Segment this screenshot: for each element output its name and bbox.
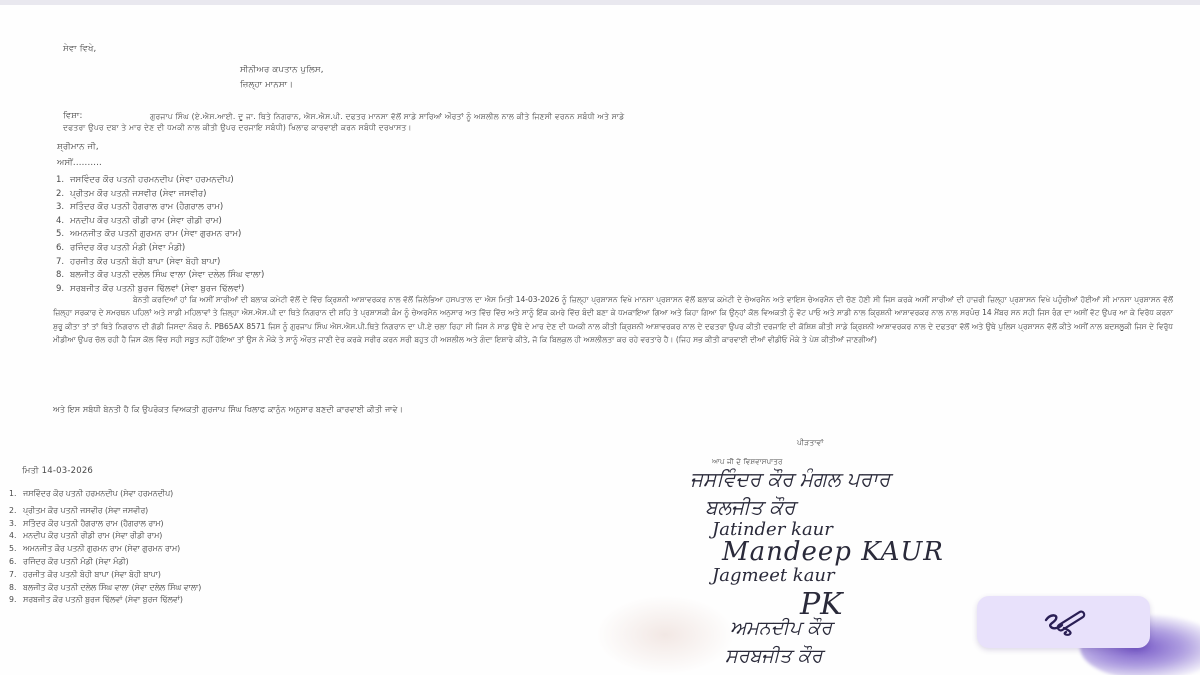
list-item: 5.ਅਮਨਜੀਤ ਕੌਰ ਪਤਨੀ ਗੁਰਮਨ ਰਾਮ (ਸੇਵਾ ਗੁਰਮਨ … (56, 228, 264, 242)
subject-label: ਵਿਸ਼ਾ: (63, 111, 83, 122)
signature-7: ਅਮਨਦੀਪ ਕੌਰ (730, 617, 832, 639)
list-item: 3.ਸਤਿੰਦਰ ਕੌਰ ਪਤਨੀ ਹੈਗਰਾਲ ਰਾਮ (ਹੈਗਰਾਲ ਰਾਮ… (56, 201, 264, 215)
list-item: 4.ਮਨਦੀਪ ਕੌਰ ਪਤਨੀ ਰੀਡੀ ਰਾਮ (ਸੇਵਾ ਰੀਡੀ ਰਾਮ… (9, 530, 201, 543)
list-item: 2.ਪ੍ਰੀਤਮ ਕੌਰ ਪਤਨੀ ਜਸਵੀਰ (ਸੇਵਾ ਜਸਵੀਰ) (9, 505, 201, 518)
list-item: 9.ਸਰਬਜੀਤ ਕੌਰ ਪਤਨੀ ਬੁਰਜ ਢਿੱਲਵਾਂ (ਸੇਵਾ ਬੁਰ… (9, 594, 201, 607)
signature-pen-icon (1042, 607, 1086, 637)
list-item: 5.ਅਮਨਜੀਤ ਕੌਰ ਪਤਨੀ ਗੁਰਮਨ ਰਾਮ (ਸੇਵਾ ਗੁਰਮਨ … (9, 543, 201, 556)
body-paragraph: ਬੇਨਤੀ ਕਰਦਿਆਂ ਹਾਂ ਕਿ ਅਸੀਂ ਸਾਰੀਆਂ ਦੀ ਬਲਾਕ … (53, 293, 1173, 346)
greeting: ਸ਼੍ਰੀਮਾਨ ਜੀ, (57, 142, 99, 153)
smudge-mark (595, 595, 735, 675)
signature-2: ਬਲਜੀਤ ਕੌਰ (705, 495, 795, 519)
list-item: 8.ਬਲਜੀਤ ਕੌਰ ਪਤਨੀ ਦਲੇਲ ਸਿੰਘ ਵਾਲਾ (ਸੇਵਾ ਦਲ… (56, 269, 264, 283)
from-label: ਅਸੀਂ.......... (57, 158, 102, 169)
list-item: 6.ਰਜਿੰਦਰ ਕੌਰ ਪਤਨੀ ਮੰਡੀ (ਸੇਵਾ ਮੰਡੀ) (56, 242, 264, 256)
closing-label: ਪੀੜਤਾਵਾਂ (797, 437, 824, 448)
list-item: 2.ਪ੍ਰੀਤਮ ਕੌਰ ਪਤਨੀ ਜਸਵੀਰ (ਸੇਵਾ ਜਸਵੀਰ) (56, 188, 264, 202)
sign-document-button[interactable] (977, 596, 1150, 648)
signature-5: Jagmeet kaur (712, 565, 835, 586)
subject-line-2: ਦਫਤਰਾ ਉਪਰ ਦਬਾ ਤੇ ਮਾਰ ਦੇਣ ਦੀ ਧਮਕੀ ਨਾਲ ਕੀਤ… (63, 122, 412, 133)
recipient-line-1: ਸੀਨੀਅਰ ਕਪਤਾਨ ਪੁਲਿਸ, (240, 65, 324, 76)
list-item: 7.ਹਰਜੀਤ ਕੌਰ ਪਤਨੀ ਬੋਹੀ ਬਾਪਾ (ਸੇਵਾ ਬੋਹੀ ਬਾ… (9, 569, 201, 582)
list-item: 6.ਰਜਿੰਦਰ ਕੌਰ ਪਤਨੀ ਮੰਡੀ (ਸੇਵਾ ਮੰਡੀ) (9, 556, 201, 569)
request-line: ਅਤੇ ਇਸ ਸਬੰਧੀ ਬੇਨਤੀ ਹੈ ਕਿ ਉਪਰੋਕਤ ਵਿਅਕਤੀ ਗ… (53, 404, 403, 415)
list-item: 1.ਜਸਵਿੰਦਰ ਕੌਰ ਪਤਨੀ ਹਰਮਨਦੀਪ (ਸੇਵਾ ਹਰਮਨਦੀਪ… (56, 174, 264, 188)
list-item: 1.ਜਸਵਿੰਦਰ ਕੌਰ ਪਤਨੀ ਹਰਮਨਦੀਪ (ਸੇਵਾ ਹਰਮਨਦੀਪ… (9, 488, 201, 501)
complainant-list: 1.ਜਸਵਿੰਦਰ ਕੌਰ ਪਤਨੀ ਹਰਮਨਦੀਪ (ਸੇਵਾ ਹਰਮਨਦੀਪ… (56, 174, 264, 296)
subject-line-1: ਗੁਰਜਾਪ ਸਿੰਘ (ਏ.ਐਸ.ਆਈ. ਦੂ ਜਾ. ਥਿਤੇ ਨਿਗਰਾਨ… (150, 111, 624, 122)
date-label: ਮਿਤੀ 14-03-2026 (22, 466, 93, 477)
signatory-list: 1.ਜਸਵਿੰਦਰ ਕੌਰ ਪਤਨੀ ਹਰਮਨਦੀਪ (ਸੇਵਾ ਹਰਮਨਦੀਪ… (9, 488, 201, 607)
signature-1: ਜਸਵਿੰਦਰ ਕੌਰ ਮੰਗਲ ਪਰਾਰ (690, 467, 890, 491)
list-item: 4.ਮਨਦੀਪ ਕੌਰ ਪਤਨੀ ਰੀਡੀ ਰਾਮ (ਸੇਵਾ ਰੀਡੀ ਰਾਮ… (56, 215, 264, 229)
list-item: 3.ਸਤਿੰਦਰ ਕੌਰ ਪਤਨੀ ਹੈਗਰਾਲ ਰਾਮ (ਹੈਗਰਾਲ ਰਾਮ… (9, 518, 201, 531)
salutation-to: ਸੇਵਾ ਵਿਖੇ, (63, 44, 96, 55)
list-item: 7.ਹਰਜੀਤ ਕੌਰ ਪਤਨੀ ਬੋਹੀ ਬਾਪਾ (ਸੇਵਾ ਬੋਹੀ ਬਾ… (56, 256, 264, 270)
scanned-letter-page: ਸੇਵਾ ਵਿਖੇ, ਸੀਨੀਅਰ ਕਪਤਾਨ ਪੁਲਿਸ, ਜ਼ਿਲ੍ਹਾ ਮ… (0, 5, 1200, 675)
signature-8: ਸਰਬਜੀਤ ਕੌਰ (725, 645, 822, 667)
list-item: 8.ਬਲਜੀਤ ਕੌਰ ਪਤਨੀ ਦਲੇਲ ਸਿੰਘ ਵਾਲਾ (ਸੇਵਾ ਦਲ… (9, 582, 201, 595)
recipient-line-2: ਜ਼ਿਲ੍ਹਾ ਮਾਨਸਾ। (240, 80, 293, 91)
signature-4: Mandeep KAUR (722, 537, 944, 567)
